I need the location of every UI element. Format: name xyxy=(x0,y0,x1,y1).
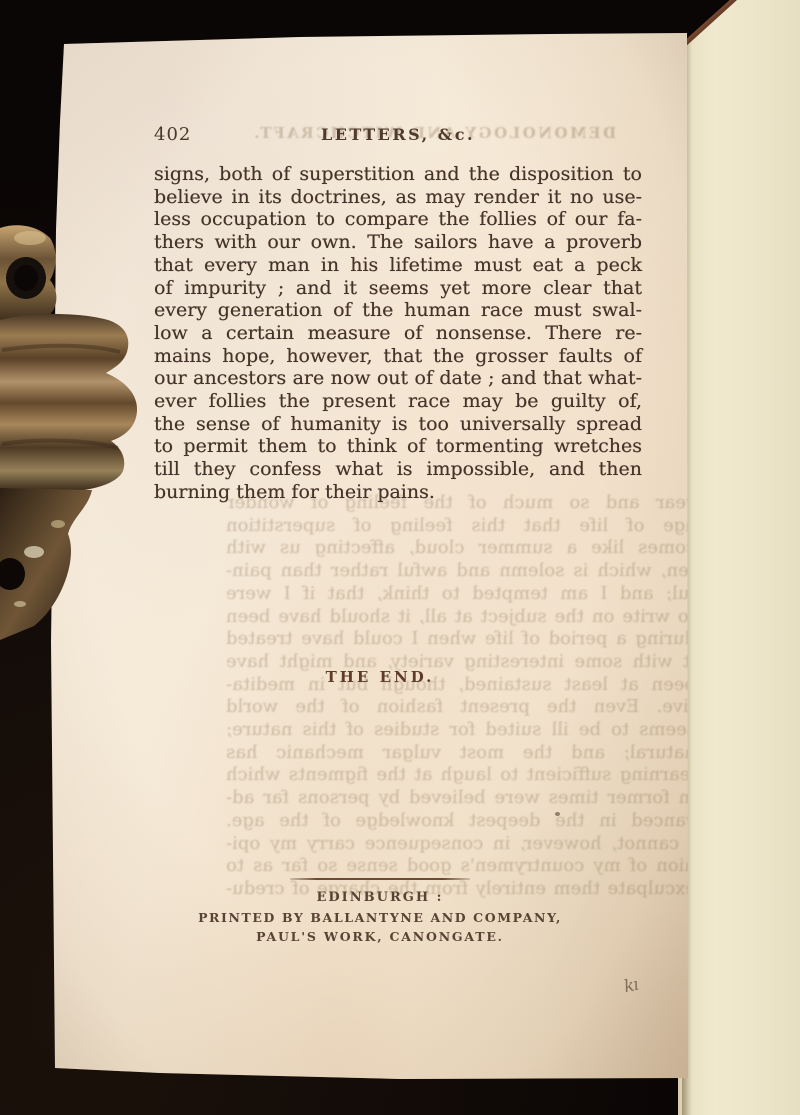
body-line: our ancestors are now out of date ; and … xyxy=(154,367,642,390)
colophon: EDINBURGH : PRINTED BY BALLANTYNE AND CO… xyxy=(154,878,606,946)
body-line: till they confess what is impossible, an… xyxy=(154,458,642,481)
body-line: the sense of humanity is too universally… xyxy=(154,413,642,436)
body-line: less occupation to compare the follies o… xyxy=(154,208,642,231)
body-line: signs, both of superstition and the disp… xyxy=(154,163,642,186)
the-end-label: THE END. xyxy=(154,668,606,686)
colophon-city: EDINBURGH : xyxy=(154,888,606,908)
colophon-rule xyxy=(290,878,470,880)
body-line: burning them for their pains. xyxy=(154,481,642,504)
body-line: that every man in his lifetime must eat … xyxy=(154,254,642,277)
body-line: thers with our own. The sailors have a p… xyxy=(154,231,642,254)
paper-fleck xyxy=(555,812,560,816)
body-line: of impurity ; and it seems yet more clea… xyxy=(154,277,642,300)
colophon-address: PAUL'S WORK, CANONGATE. xyxy=(154,928,606,946)
body-line: believe in its doctrines, as may render … xyxy=(154,186,642,209)
clasp-sparkle xyxy=(14,601,26,607)
body-line: every generation of the human race must … xyxy=(154,299,642,322)
running-title: LETTERS, &c. xyxy=(154,125,642,144)
clasp-sparkle xyxy=(24,546,44,558)
body-line: low a certain measure of nonsense. There… xyxy=(154,322,642,345)
brass-clasp xyxy=(0,222,148,642)
pencil-annotation: kı xyxy=(622,975,640,997)
clasp-sparkle xyxy=(51,520,65,528)
page-header: 402 LETTERS, &c. xyxy=(154,122,642,148)
body-line: to permit them to think of tormenting wr… xyxy=(154,435,642,458)
colophon-printer: PRINTED BY BALLANTYNE AND COMPANY, xyxy=(154,908,606,928)
next-page-edge xyxy=(678,0,800,1115)
body-line: mains hope, however, that the grosser fa… xyxy=(154,345,642,368)
clasp-tongue xyxy=(0,314,137,492)
body-line: ever follies the present race may be gui… xyxy=(154,390,642,413)
clasp-rivet-hole-inner xyxy=(14,265,38,291)
body-text: signs, both of superstition and the disp… xyxy=(154,163,642,504)
clasp-highlight xyxy=(14,231,46,245)
